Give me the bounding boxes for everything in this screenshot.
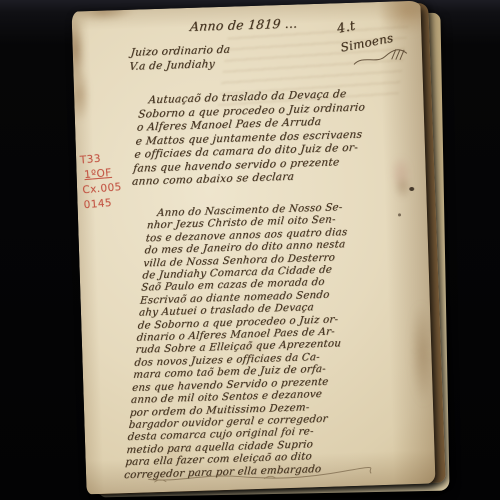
ink-blot: [398, 213, 401, 216]
archive-reference-code: T33 1ºOF Cx.005 0145: [79, 150, 123, 213]
paragraph-autuacao: Autuaçaõ do traslado da Devaça de Soborn…: [131, 87, 367, 189]
paragraph-body: Anno do Nascimento de Nosso Se- nhor Jez…: [124, 202, 354, 482]
court-note-line: V.a de Jundiahy: [129, 57, 230, 74]
folio-block: 4.t Simoens: [336, 10, 413, 55]
foxing-stain: [385, 153, 416, 202]
ink-blot: [409, 187, 414, 191]
manuscript-photo: Anno de 1819 ... Juizo ordinario da V.a …: [0, 0, 500, 500]
foxing-stain: [72, 19, 93, 120]
manuscript-leaf: Anno de 1819 ... Juizo ordinario da V.a …: [72, 1, 436, 495]
court-note: Juizo ordinario da V.a de Jundiahy: [129, 43, 231, 74]
foxing-stain: [75, 5, 146, 27]
archive-code-line: 0145: [83, 195, 123, 213]
